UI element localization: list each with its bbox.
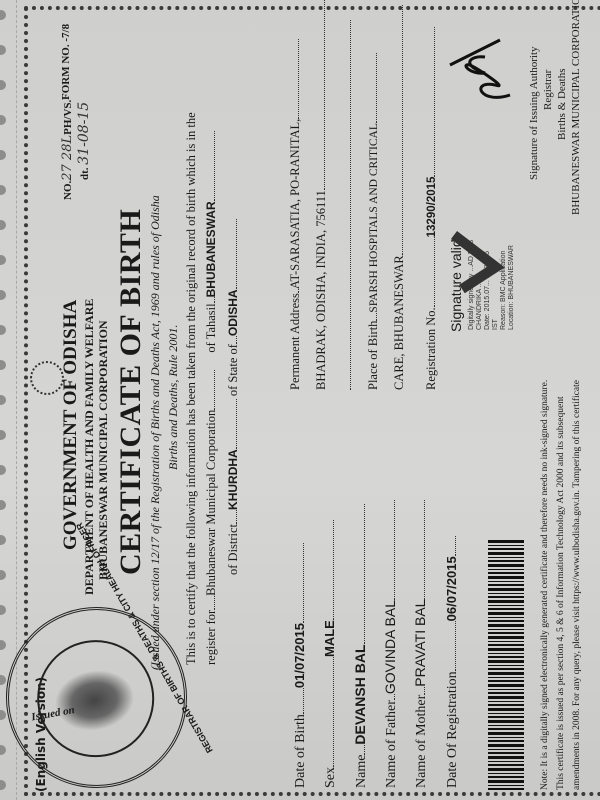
registration-number-label: Registration No. [424, 307, 438, 390]
mother-value: PRAVATI BAL [412, 600, 428, 687]
name-row: NameDEVANSH BAL [352, 504, 370, 788]
ref-suffix: PH/VS. [62, 100, 74, 135]
sig-line: Location: BHUBANESWAR [508, 240, 516, 330]
mother-row: Name of MotherPRAVATI BAL [412, 500, 430, 788]
note-line1: Note: It is a digitally signed electroni… [540, 380, 550, 790]
certificate-title: CERTIFICATE OF BIRTH [114, 209, 148, 575]
place-of-birth-row: Place of BirthSPARSH HOSPITALS AND CRITI… [366, 53, 381, 390]
registrar-signature-icon [440, 35, 520, 135]
birth-certificate-page: (English Version) FORM NO. -7/8 NO.27 28… [0, 0, 600, 800]
certificate-barcode [488, 540, 524, 790]
sig-line: Date: 2015.07... 12:34:15 [484, 240, 492, 330]
address-line2: BHADRAK, ODISHA, INDIA, 756111 [314, 190, 328, 390]
address-line1: AT-SARASATIA, PO-RANITAL, [288, 119, 302, 289]
name-label: Name [354, 755, 369, 788]
address-row: Permanent AddressAT-SARASATIA, PO-RANITA… [288, 39, 303, 390]
place-of-birth-line2: CARE, BHUBANESWAR [392, 255, 406, 390]
sig-line: Digitally signed by ...AD DAS [468, 240, 476, 330]
registration-number-value: 13290/2015 [426, 177, 438, 238]
registration-date-label: Date Of Registration [445, 671, 460, 788]
digital-signature-details: Digitally signed by ...AD DAS CHANDRIKA … [468, 240, 516, 330]
dob-value: 01/07/2015 [292, 623, 307, 688]
intro-line: This is to certify that the following in… [184, 112, 199, 665]
act-reference-line2: Births and Deaths, Rule 2001. [166, 325, 181, 470]
sex-value: MALE [322, 620, 337, 657]
act-reference-line1: (Issued under section 12/17 of the Regis… [148, 195, 163, 670]
corporation-name: BHUBANESWAR MUNICIPAL CORPORATION [96, 320, 111, 580]
district-label: of District [226, 524, 240, 575]
dob-row: Date of Birth01/07/2015 [292, 543, 309, 788]
register-line: register forBhubaneswar Municipal Corpor… [204, 131, 219, 665]
sig-line: CHANDRIKA ... [476, 240, 484, 330]
blank-line [340, 20, 355, 390]
name-value: DEVANSH BAL [352, 644, 368, 744]
state-value: ODISHA [226, 289, 240, 336]
ref-prefix: NO. [62, 181, 74, 200]
date-handwritten: 31-08-15 [76, 102, 92, 165]
sex-row: SexMALE [322, 520, 339, 788]
odisha-emblem-icon [30, 361, 64, 395]
state-label: of State of [226, 344, 240, 396]
district-line: of DistrictKHURDHA of State ofODISHA [226, 219, 241, 575]
place-of-birth-row-2: CARE, BHUBANESWAR [392, 5, 407, 390]
place-of-birth-line1: SPARSH HOSPITALS AND CRITICAL [368, 123, 380, 312]
tahasil-value: BHUBANESWAR [204, 201, 218, 297]
registration-date-row: Date Of Registration06/07/2015 [444, 536, 461, 788]
registration-date-value: 06/07/2015 [444, 556, 459, 621]
authority-organization: BHUBANESWAR MUNICIPAL CORPORATION [570, 0, 582, 215]
sig-line: IST [492, 240, 500, 330]
ref-handwritten: 27 28L [60, 135, 75, 181]
mother-label: Name of Mother [414, 695, 429, 788]
authority-role: Registrar [542, 70, 554, 110]
reference-number: NO.27 28LPH/VS. [60, 100, 75, 200]
dob-label: Date of Birth [293, 714, 308, 788]
authority-signature-label: Signature of Issuing Authority [528, 46, 540, 180]
government-title: GOVERNMENT OF ODISHA [60, 300, 82, 550]
date-prefix: dt. [79, 167, 91, 180]
district-value: KHURDHA [226, 449, 240, 510]
address-label: Permanent Address [288, 293, 302, 390]
form-number: FORM NO. -7/8 [60, 24, 72, 100]
note-line3: amendments in 2008. For any query, pleas… [572, 380, 582, 790]
father-label: Name of Father [384, 700, 399, 788]
note-line2: This certificate is issued as per sectio… [556, 396, 566, 790]
register-value: Bhubaneswar Municipal Corporation [204, 410, 218, 596]
register-label: register for [204, 610, 218, 665]
sig-line: Reason: BMC Application [500, 240, 508, 330]
tahasil-label: of Tahasil [204, 303, 218, 352]
father-row: Name of FatherGOVINDA BAL [382, 500, 400, 788]
reference-date: dt. 31-08-15 [76, 102, 92, 180]
address-row-2: BHADRAK, ODISHA, INDIA, 756111 [314, 0, 329, 390]
place-of-birth-label: Place of Birth [366, 321, 380, 390]
sex-label: Sex [323, 767, 338, 788]
registration-number-row: Registration No.13290/2015 [424, 27, 439, 390]
authority-department: Births & Deaths [556, 69, 568, 141]
father-value: GOVINDA BAL [382, 600, 398, 694]
